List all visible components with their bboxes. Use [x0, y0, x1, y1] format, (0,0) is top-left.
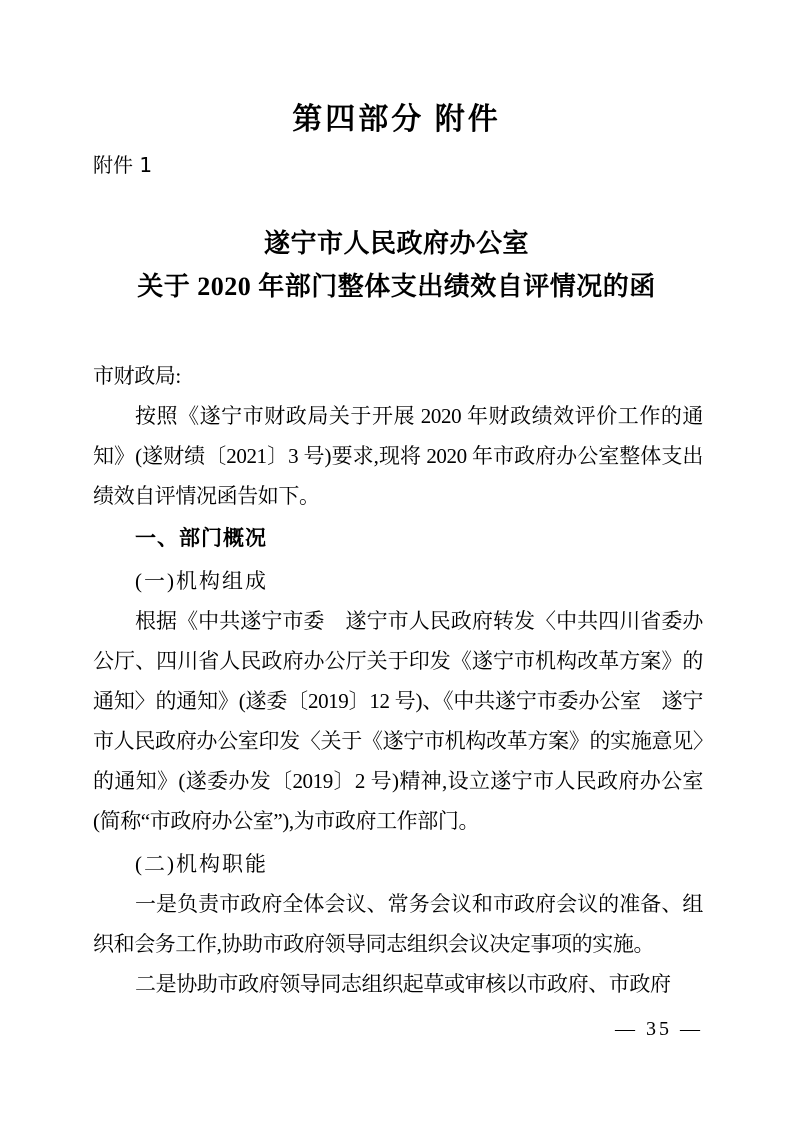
document-title-line1: 遂宁市人民政府办公室 — [0, 222, 793, 265]
section1-heading: 一、部门概况 — [93, 518, 703, 558]
document-body: 市财政局: 按照《遂宁市财政局关于开展 2020 年财政绩效评价工作的通知》(遂… — [93, 356, 703, 1004]
section1-sub2-paragraph-2: 二是协助市政府领导同志组织起草或审核以市政府、市政府 — [93, 964, 703, 1004]
section1-sub2-paragraph-1: 一是负责市政府全体会议、常务会议和市政府会议的准备、组织和会务工作,协助市政府领… — [93, 884, 703, 964]
document-page: 第四部分 附件 附件 1 遂宁市人民政府办公室 关于 2020 年部门整体支出绩… — [0, 0, 793, 1122]
salutation: 市财政局: — [93, 356, 703, 396]
section1-sub1-heading: (一)机构组成 — [93, 561, 703, 601]
document-title: 遂宁市人民政府办公室 关于 2020 年部门整体支出绩效自评情况的函 — [0, 222, 793, 308]
page-number: — 35 — — [615, 1018, 703, 1041]
document-title-line2: 关于 2020 年部门整体支出绩效自评情况的函 — [0, 265, 793, 308]
intro-paragraph: 按照《遂宁市财政局关于开展 2020 年财政绩效评价工作的通知》(遂财绩〔202… — [93, 396, 703, 516]
section-heading: 第四部分 附件 — [0, 0, 793, 140]
section1-sub2-heading: (二)机构职能 — [93, 844, 703, 884]
section1-sub1-paragraph: 根据《中共遂宁市委 遂宁市人民政府转发〈中共四川省委办公厅、四川省人民政府办公厅… — [93, 601, 703, 841]
attachment-label: 附件 1 — [93, 152, 793, 178]
